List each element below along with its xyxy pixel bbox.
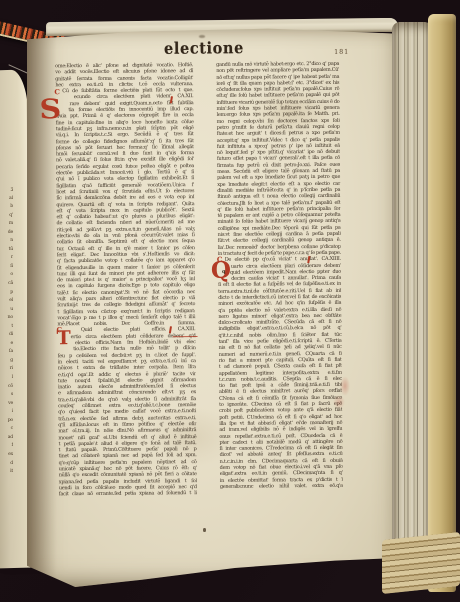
text-line: s xyxy=(0,391,13,400)
text-line: ex xyxy=(0,451,13,460)
text-line: po xyxy=(0,417,13,426)
text-line: cō xyxy=(0,383,13,392)
text-line: tū xyxy=(0,246,13,255)
facing-page-text-fragments: ʒaſbq'mdentūrſiocāpelunotdieſagrilcōsvei… xyxy=(0,186,13,477)
text-line: p xyxy=(0,289,13,298)
text-line: o xyxy=(0,271,13,280)
text-line: i xyxy=(0,408,13,417)
text-column-left: ome:Electio ē alic' pſone ad dignitatē v… xyxy=(55,62,197,498)
text-line: b xyxy=(0,203,13,212)
text-line: ve xyxy=(0,400,13,409)
text-line: r xyxy=(0,254,13,263)
text-line: el xyxy=(0,297,13,306)
text-column-right: gandū nulla mō virtutē habet:ergo etc. 2… xyxy=(216,61,343,490)
text-line: cā xyxy=(0,280,13,289)
book-cover-edge xyxy=(428,14,456,592)
text-line: ſi xyxy=(0,263,13,272)
text-line: ſa xyxy=(0,348,13,357)
text-line: no xyxy=(0,314,13,323)
text-line: q' xyxy=(0,212,13,221)
text-line: de xyxy=(0,229,13,238)
text-line: ʒ xyxy=(0,186,13,195)
text-line: c xyxy=(0,425,13,434)
rubric-capitulum-mark: C xyxy=(217,256,223,263)
text-line: aſ xyxy=(0,195,13,204)
printed-text-block: electione 181 ome:Electio ē alic' pſone … xyxy=(54,39,350,514)
bottom-page-edges xyxy=(382,532,460,594)
text-line: t xyxy=(0,323,13,332)
text-line: ri xyxy=(0,365,13,374)
text-line: g xyxy=(0,357,13,366)
text-line: f xyxy=(0,442,13,451)
lombardic-initial-s: S xyxy=(39,96,61,123)
text-line: u xyxy=(0,306,13,315)
rubric-capitulum-mark: C xyxy=(54,88,60,95)
text-line: di xyxy=(0,331,13,340)
rubric-capitulum-mark: C xyxy=(56,326,62,333)
rubric-underline xyxy=(173,336,198,337)
text-line: n xyxy=(0,237,13,246)
red-ink-smudge xyxy=(333,395,345,409)
text-line: l xyxy=(0,374,13,383)
guide-letter-q: q xyxy=(222,269,226,275)
text-line: e xyxy=(0,340,13,349)
text-line: it xyxy=(0,468,13,477)
ink-mark xyxy=(203,528,206,532)
text-line: m xyxy=(0,220,13,229)
running-title: electione xyxy=(164,39,244,58)
folio-number: 181 xyxy=(334,48,349,56)
ink-smudge xyxy=(199,35,205,38)
text-line: generalis:nunc electio nihil valet. extr… xyxy=(220,483,343,490)
text-line: ad xyxy=(0,434,13,443)
text-line: d xyxy=(0,460,13,469)
book-photo: ʒaſbq'mdentūrſiocāpelunotdieſagrilcōsvei… xyxy=(0,0,460,602)
red-ink-smudge xyxy=(340,376,350,396)
text-line: facit claue nō errante.ſed petīa xpiana … xyxy=(59,490,197,498)
